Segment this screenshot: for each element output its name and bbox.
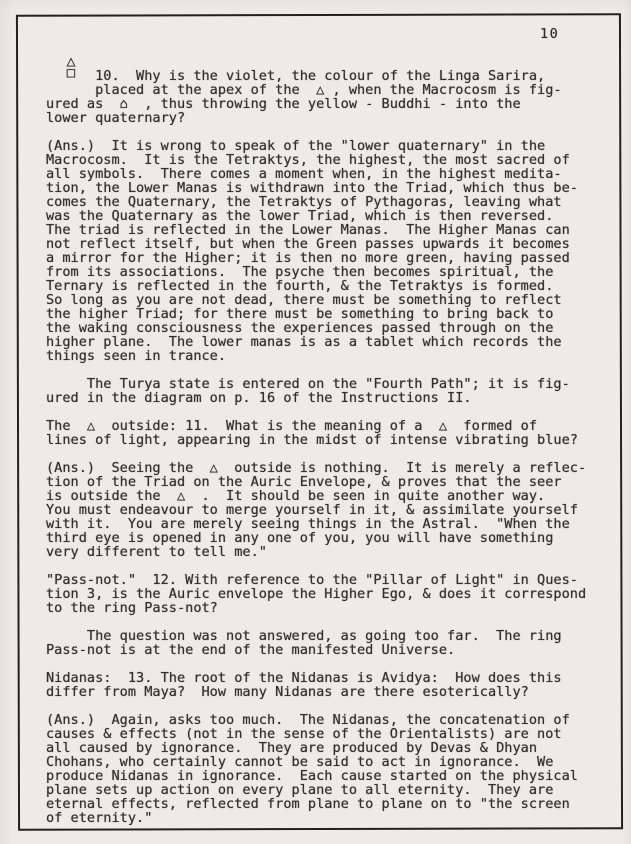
text-line: third eye is opened in any one of you, y… xyxy=(46,531,606,545)
text-line: the waking consciousness the experiences… xyxy=(46,321,606,335)
text-line: the higher Triad; for there must be some… xyxy=(46,307,606,321)
text-line: tion of the Triad on the Auric Envelope,… xyxy=(46,475,606,489)
text-line: produce Nidanas in ignorance. Each cause… xyxy=(46,769,606,783)
text-line: very different to tell me." xyxy=(46,545,606,559)
text-line: to the ring Pass-not? xyxy=(46,601,606,615)
paragraph: "Pass-not." 12. With reference to the "P… xyxy=(46,573,606,615)
text-body: 10. Why is the violet, the colour of the… xyxy=(46,69,606,839)
text-line: You must endeavour to merge yourself in … xyxy=(46,503,606,517)
paragraph: 10. Why is the violet, the colour of the… xyxy=(46,69,606,125)
text-line: Pass-not is at the end of the manifested… xyxy=(46,643,606,657)
text-line: not reflect itself, but when the Green p… xyxy=(46,237,606,251)
text-line: lines of light, appearing in the midst o… xyxy=(46,433,606,447)
text-line: from its associations. The psyche then b… xyxy=(46,265,606,279)
text-line: The △ outside: 11. What is the meaning o… xyxy=(46,419,606,433)
text-line: comes the Quaternary, the Tetraktys of P… xyxy=(46,195,606,209)
paragraph: The Turya state is entered on the "Fourt… xyxy=(46,377,606,405)
text-line: The triad is reflected in the Lower Mana… xyxy=(46,223,606,237)
text-line: ured as ⌂ , thus throwing the yellow - B… xyxy=(46,97,606,111)
text-line: tion, the Lower Manas is withdrawn into … xyxy=(46,181,606,195)
text-line: ured in the diagram on p. 16 of the Inst… xyxy=(46,391,606,405)
text-line: Chohans, who certainly cannot be said to… xyxy=(46,755,606,769)
text-line: Nidanas: 13. The root of the Nidanas is … xyxy=(46,671,606,685)
text-line: differ from Maya? How many Nidanas are t… xyxy=(46,685,606,699)
text-line: things seen in trance. xyxy=(46,349,606,363)
text-line: higher plane. The lower manas is as a ta… xyxy=(46,335,606,349)
text-line: Macrocosm. It is the Tetraktys, the high… xyxy=(46,153,606,167)
text-line: tion 3, is the Auric envelope the Higher… xyxy=(46,587,606,601)
scanned-page: 10 △ □ 10. Why is the violet, the colour… xyxy=(0,0,631,844)
text-line: "Pass-not." 12. With reference to the "P… xyxy=(46,573,606,587)
text-line: all symbols. There comes a moment when, … xyxy=(46,167,606,181)
text-line: (Ans.) Seeing the △ outside is nothing. … xyxy=(46,461,606,475)
text-line: of eternity." xyxy=(46,811,606,825)
text-line: was the Quaternary as the lower Triad, w… xyxy=(46,209,606,223)
text-line: eternal effects, reflected from plane to… xyxy=(46,797,606,811)
text-line: a mirror for the Higher; it is then no m… xyxy=(46,251,606,265)
text-line: The Turya state is entered on the "Fourt… xyxy=(46,377,606,391)
text-line: with it. You are merely seeing things in… xyxy=(46,517,606,531)
text-line: is outside the △ . It should be seen in … xyxy=(46,489,606,503)
paragraph: Nidanas: 13. The root of the Nidanas is … xyxy=(46,671,606,699)
text-line: (Ans.) Again, asks too much. The Nidanas… xyxy=(46,713,606,727)
text-line: all caused by ignorance. They are produc… xyxy=(46,741,606,755)
text-line: lower quaternary? xyxy=(46,111,606,125)
text-line: Ternary is reflected in the fourth, & th… xyxy=(46,279,606,293)
text-line: The question was not answered, as going … xyxy=(46,629,606,643)
paragraph: (Ans.) It is wrong to speak of the "lowe… xyxy=(46,139,606,363)
text-line: placed at the apex of the △ , when the M… xyxy=(46,83,606,97)
text-line: So long as you are not dead, there must … xyxy=(46,293,606,307)
paragraph: (Ans.) Again, asks too much. The Nidanas… xyxy=(46,713,606,825)
text-line: plane sets up action on every plane to a… xyxy=(46,783,606,797)
paragraph: (Ans.) Seeing the △ outside is nothing. … xyxy=(46,461,606,559)
text-line: (Ans.) It is wrong to speak of the "lowe… xyxy=(46,139,606,153)
text-line: causes & effects (not in the sense of th… xyxy=(46,727,606,741)
paragraph: The question was not answered, as going … xyxy=(46,629,606,657)
paragraph: The △ outside: 11. What is the meaning o… xyxy=(46,419,606,447)
text-line: 10. Why is the violet, the colour of the… xyxy=(46,69,606,83)
page-number: 10 xyxy=(540,26,559,42)
